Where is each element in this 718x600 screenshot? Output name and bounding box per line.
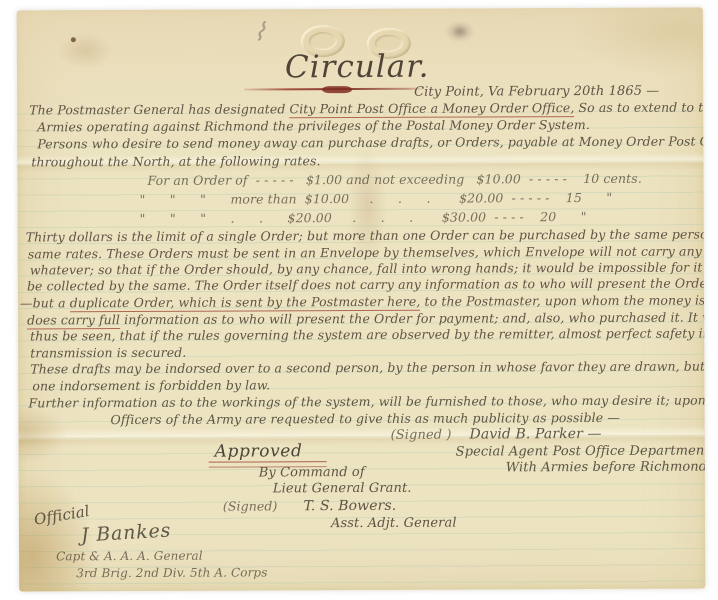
adjutant-line: Asst. Adjt. General xyxy=(331,516,457,532)
intro-line-1: The Postmaster General has designated Ci… xyxy=(29,99,705,117)
body-line-3: whatever; so that if the Order should, b… xyxy=(30,259,705,277)
closing-line-2: one indorsement is forbidden by law. xyxy=(32,377,270,393)
intro-line-3: Persons who desire to send money away ca… xyxy=(37,133,705,151)
document-title: Circular. xyxy=(285,49,430,86)
parker-name: David B. Parker — xyxy=(470,426,602,443)
closing-line-3: Further information as to the workings o… xyxy=(28,392,705,410)
bowers-signed-label: (Signed) xyxy=(223,498,278,513)
by-command-line: By Command of xyxy=(259,465,365,480)
body-line-1: Thirty dollars is the limit of a single … xyxy=(26,226,706,244)
foxing-spot xyxy=(71,37,76,42)
parker-title-line: Special Agent Post Office Department, xyxy=(456,443,706,459)
body-line-8: transmission is secured. xyxy=(30,345,186,361)
approved-heading: Approved xyxy=(215,441,303,461)
official-signature: J Bankes xyxy=(80,519,171,546)
closing-line-1: These drafts may be indorsed over to a s… xyxy=(30,358,705,376)
intro-line-1-post: So as to extend to the xyxy=(574,99,705,115)
bowers-line: (Signed)T. S. Bowers. xyxy=(223,498,396,515)
parker-location-line: With Armies before Richmond xyxy=(506,459,706,475)
body-line-5: —but a duplicate Order, which is sent by… xyxy=(20,292,705,310)
signed-parker-line: (Signed )David B. Parker — xyxy=(391,427,602,443)
intro-line-4: throughout the North, at the following r… xyxy=(31,153,320,169)
document-paper: ⌇ Circular. City Point, Va February 20th… xyxy=(17,8,706,592)
body-line-6-underlined: does carry full xyxy=(27,312,120,329)
signed-label: (Signed ) xyxy=(391,428,452,443)
title-underline xyxy=(244,88,422,91)
intro-line-1-underlined: City Point Post Office a Money Order Off… xyxy=(289,100,574,118)
pencil-mark: ⌇ xyxy=(251,17,268,48)
rate-row-1: For an Order of - - - - - $1.00 and not … xyxy=(147,171,641,188)
closing-line-4: Officers of the Army are requested to gi… xyxy=(110,410,619,427)
body-line-7: thus be seen, that if the rules governin… xyxy=(30,325,705,343)
official-rank-line: Capt & A. A. A. General xyxy=(56,549,203,565)
body-line-2: same rates. These Orders must be sent in… xyxy=(28,243,705,261)
rate-row-3: " " " . . $20.00 . . . $30.00 - - - - 20… xyxy=(140,209,587,226)
bowers-name: T. S. Bowers. xyxy=(303,498,396,514)
official-unit-line: 3rd Brig. 2nd Div. 5th A. Corps xyxy=(76,565,267,581)
dateline: City Point, Va February 20th 1865 — xyxy=(414,84,659,100)
body-line-6: does carry full information as to who wi… xyxy=(27,309,705,327)
scan-background: ⌇ Circular. City Point, Va February 20th… xyxy=(0,0,718,600)
body-line-5-underlined: duplicate Order, which is sent by the Po… xyxy=(70,294,421,312)
rate-row-2: " " " more than $10.00 . . . $20.00 - - … xyxy=(140,190,613,207)
body-line-5-post: to the Postmaster, upon whom the money i… xyxy=(420,292,705,308)
ink-smudge xyxy=(445,21,475,43)
intro-line-2: Armies operating against Richmond the pr… xyxy=(37,117,590,134)
grant-line: Lieut General Grant. xyxy=(273,481,412,497)
body-line-4: be collected by the same. The Order itse… xyxy=(27,275,705,293)
body-line-5-pre: —but a xyxy=(20,295,70,310)
intro-line-1-pre: The Postmaster General has designated xyxy=(29,101,289,117)
body-line-6-post: information as to who will present the O… xyxy=(120,309,705,327)
